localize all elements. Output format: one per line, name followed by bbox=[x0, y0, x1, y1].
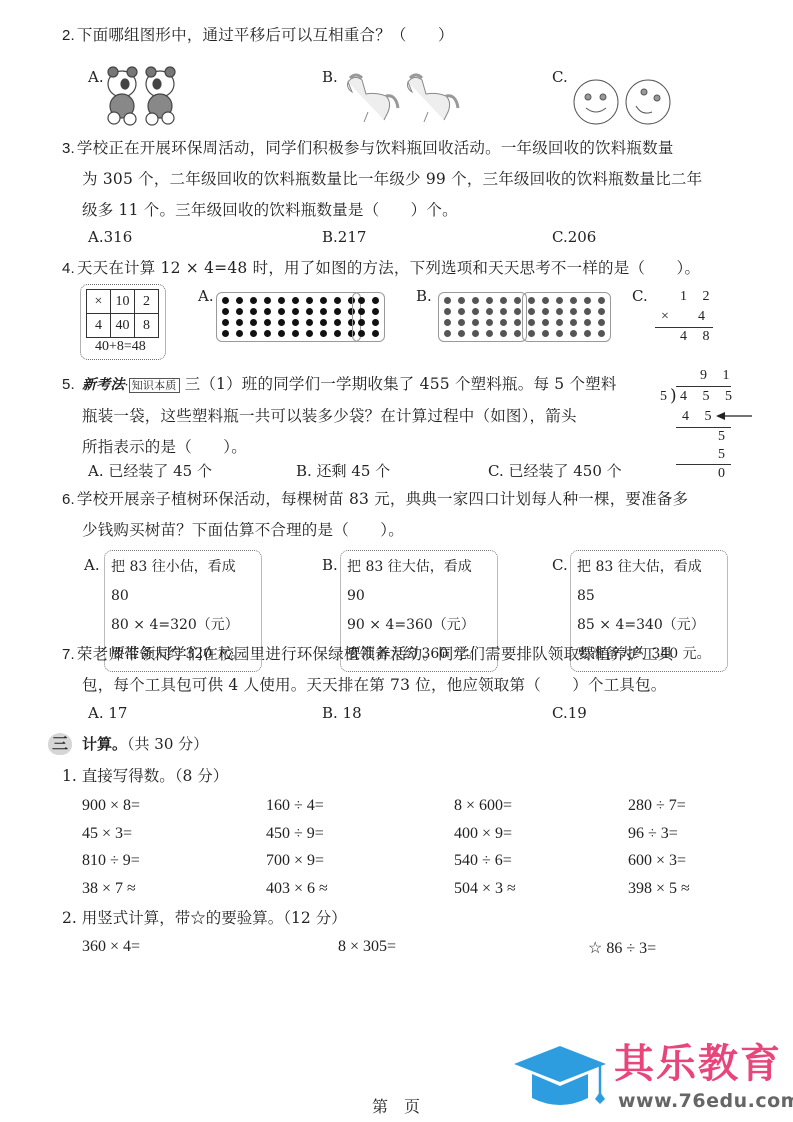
calc-row: 810 ÷ 9= 700 × 9= 540 ÷ 6= 600 × 3= bbox=[82, 852, 722, 880]
s3q1-title: 1. 直接写得数。（8 分） bbox=[62, 764, 228, 786]
question-6-line: 少钱购买树苗？下面估算不合理的是（ ）。 bbox=[62, 515, 753, 546]
calc-item: 810 ÷ 9= bbox=[82, 852, 140, 870]
dot bbox=[514, 308, 521, 315]
dot bbox=[334, 319, 341, 326]
calc-item: 450 ÷ 9= bbox=[266, 825, 324, 843]
dot bbox=[236, 330, 243, 337]
dot bbox=[358, 330, 365, 337]
s3q2-title: 2. 用竖式计算，带☆的要验算。（12 分） bbox=[62, 906, 347, 928]
estimate-line: 把 83 往小估，看成 80 bbox=[111, 553, 255, 611]
dot bbox=[306, 319, 313, 326]
calc-item: 403 × 6 ≈ bbox=[266, 880, 328, 898]
question-5-line: 所指表示的是（ ）。 bbox=[62, 432, 643, 463]
dot-array-2x4 bbox=[352, 292, 385, 342]
vertical-calc-row: 360 × 4= 8 × 305= ☆ 86 ÷ 3= bbox=[82, 938, 722, 966]
q5-option-a[interactable]: A. 已经装了 45 个 bbox=[88, 460, 212, 481]
dot bbox=[598, 297, 605, 304]
calc-item: 280 ÷ 7= bbox=[628, 797, 686, 815]
division-step1: 4 5 bbox=[682, 407, 718, 427]
dot bbox=[292, 297, 299, 304]
q6-option-b[interactable]: B. bbox=[322, 556, 338, 574]
dot bbox=[598, 319, 605, 326]
dot bbox=[486, 319, 493, 326]
dot bbox=[222, 330, 229, 337]
grid-cell: 10 bbox=[111, 290, 135, 314]
watermark-brand-name: 其乐教育 bbox=[614, 1042, 782, 1086]
dot bbox=[358, 297, 365, 304]
dot bbox=[528, 330, 535, 337]
dot bbox=[458, 330, 465, 337]
dot bbox=[334, 297, 341, 304]
dot bbox=[528, 319, 535, 326]
vertical-calc-item: 360 × 4= bbox=[82, 938, 140, 956]
vertical-calc-item-starred: ☆ 86 ÷ 3= bbox=[588, 938, 656, 958]
division-quotient: 9 1 bbox=[700, 366, 736, 386]
q4-multiplication-grid-box: × 10 2 4 40 8 40+8=48 bbox=[80, 284, 166, 360]
dot bbox=[528, 297, 535, 304]
q5-option-c[interactable]: C. 已经装了 450 个 bbox=[488, 460, 622, 481]
dot bbox=[500, 297, 507, 304]
question-5-line: 瓶装一袋，这些塑料瓶一共可以装多少袋？在计算过程中（如图），箭头 bbox=[62, 401, 643, 432]
question-6-line: 6.学校开展亲子植树环保活动，每棵树苗 83 元，典典一家四口计划每人种一棵，要… bbox=[62, 484, 753, 515]
dot bbox=[584, 319, 591, 326]
watermark-url: www.76edu.com bbox=[618, 1090, 793, 1112]
horses-image bbox=[340, 72, 470, 128]
calc-row: 45 × 3= 450 ÷ 9= 400 × 9= 96 ÷ 3= bbox=[82, 825, 722, 853]
dot bbox=[598, 308, 605, 315]
division-remainder: 0 bbox=[718, 464, 731, 484]
dot bbox=[264, 330, 271, 337]
dot bbox=[500, 308, 507, 315]
knowledge-essence-tag: 知识本质 bbox=[129, 378, 180, 393]
dot-array-10x4 bbox=[216, 292, 361, 342]
question-2-text: 下面哪组图形中，通过平移后可以互相重合？（ ） bbox=[77, 26, 454, 44]
q7-option-c[interactable]: C.19 bbox=[552, 704, 587, 722]
question-number: 6. bbox=[62, 491, 75, 508]
dot bbox=[570, 297, 577, 304]
dot bbox=[514, 297, 521, 304]
grid-cell: 4 bbox=[87, 314, 111, 338]
new-method-tag: 新考法 bbox=[82, 377, 125, 393]
dot bbox=[514, 330, 521, 337]
section-title: 计算。 bbox=[82, 735, 127, 753]
dot bbox=[542, 330, 549, 337]
calc-item: 540 ÷ 6= bbox=[454, 852, 512, 870]
dot bbox=[556, 330, 563, 337]
dot bbox=[264, 308, 271, 315]
q4-option-c[interactable]: C. bbox=[632, 287, 648, 305]
vertical-calc-item: 8 × 305= bbox=[338, 938, 396, 956]
calc-item: 38 × 7 ≈ bbox=[82, 880, 136, 898]
dot-array-6x4-left bbox=[438, 292, 527, 342]
q5-option-b[interactable]: B. 还剩 45 个 bbox=[296, 460, 390, 481]
calc-row: 900 × 8= 160 ÷ 4= 8 × 600= 280 ÷ 7= bbox=[82, 797, 722, 825]
q3-option-a[interactable]: A.316 bbox=[88, 228, 132, 246]
dot bbox=[264, 319, 271, 326]
dot bbox=[598, 330, 605, 337]
page-number-label: 第 页 bbox=[372, 1094, 420, 1117]
calc-item: 45 × 3= bbox=[82, 825, 132, 843]
dot bbox=[514, 319, 521, 326]
question-number: 7. bbox=[62, 646, 75, 663]
dot bbox=[320, 297, 327, 304]
dot bbox=[556, 319, 563, 326]
dot bbox=[250, 330, 257, 337]
dot bbox=[584, 330, 591, 337]
dot bbox=[458, 308, 465, 315]
dot bbox=[528, 308, 535, 315]
dot bbox=[444, 308, 451, 315]
question-4: 4.天天在计算 12 × 4=48 时，用了如图的方法，下列选项和天天思考不一样… bbox=[62, 253, 753, 284]
dot bbox=[458, 319, 465, 326]
q7-option-b[interactable]: B. 18 bbox=[322, 704, 362, 722]
dot bbox=[306, 330, 313, 337]
arrow-left-icon bbox=[716, 410, 754, 422]
estimate-line: 80 × 4=320（元） bbox=[111, 611, 255, 640]
dot bbox=[500, 319, 507, 326]
vertical-mult-top: 1 2 bbox=[680, 287, 716, 307]
calc-item: 504 × 3 ≈ bbox=[454, 880, 516, 898]
question-3-line: 3.学校正在开展环保周活动，同学们积极参与饮料瓶回收活动。一年级回收的饮料瓶数量 bbox=[62, 133, 753, 164]
dot bbox=[292, 319, 299, 326]
dot bbox=[486, 330, 493, 337]
dot bbox=[278, 308, 285, 315]
estimate-line: 把 83 往大估，看成 85 bbox=[577, 553, 721, 611]
dot bbox=[542, 319, 549, 326]
dot bbox=[320, 319, 327, 326]
q2-option-a[interactable]: A. bbox=[88, 68, 104, 86]
division-dividend: 4 5 5 bbox=[680, 387, 738, 407]
question-number: 3. bbox=[62, 140, 75, 157]
question-4-text: 天天在计算 12 × 4=48 时，用了如图的方法，下列选项和天天思考不一样的是… bbox=[77, 259, 700, 277]
question-5: 5. 新考法·知识本质 三（1）班的同学们一学期收集了 455 个塑料瓶。每 5… bbox=[62, 369, 643, 463]
q7-option-a[interactable]: A. 17 bbox=[88, 704, 127, 722]
calc-item: 398 × 5 ≈ bbox=[628, 880, 690, 898]
question-number: 2. bbox=[62, 27, 75, 44]
vertical-mult-result: 4 8 bbox=[680, 327, 716, 347]
option-label: C. bbox=[552, 68, 568, 86]
dot bbox=[250, 308, 257, 315]
option-label: B. bbox=[322, 68, 338, 86]
question-5-line: 三（1）班的同学们一学期收集了 455 个塑料瓶。每 5 个塑料 bbox=[185, 375, 617, 393]
dot bbox=[444, 330, 451, 337]
dot bbox=[472, 308, 479, 315]
dot bbox=[472, 297, 479, 304]
dot bbox=[264, 297, 271, 304]
q4-option-a[interactable]: A. bbox=[198, 287, 214, 305]
calc-item: 160 ÷ 4= bbox=[266, 797, 324, 815]
section-score: （共 30 分） bbox=[127, 735, 208, 753]
q6-option-a[interactable]: A. bbox=[84, 556, 100, 574]
dot bbox=[570, 330, 577, 337]
grid-cell: 8 bbox=[135, 314, 159, 338]
dot bbox=[444, 319, 451, 326]
dot bbox=[472, 319, 479, 326]
pandas-image bbox=[104, 64, 180, 126]
graduation-cap-icon bbox=[510, 1042, 610, 1108]
dot bbox=[306, 297, 313, 304]
dot bbox=[222, 297, 229, 304]
dot bbox=[556, 297, 563, 304]
calc-item: 900 × 8= bbox=[82, 797, 140, 815]
dot bbox=[236, 319, 243, 326]
question-6: 6.学校开展亲子植树环保活动，每棵树苗 83 元，典典一家四口计划每人种一棵，要… bbox=[62, 484, 753, 546]
calc-item: 8 × 600= bbox=[454, 797, 512, 815]
dot bbox=[358, 308, 365, 315]
dot bbox=[334, 330, 341, 337]
vertical-mult-sign: × bbox=[661, 307, 675, 327]
dot bbox=[306, 308, 313, 315]
dot bbox=[222, 308, 229, 315]
q4-option-b[interactable]: B. bbox=[416, 287, 432, 305]
dot bbox=[236, 308, 243, 315]
multiplication-grid: × 10 2 4 40 8 bbox=[86, 289, 159, 338]
grid-cell: 40 bbox=[111, 314, 135, 338]
dot bbox=[236, 297, 243, 304]
q3-option-b[interactable]: B.217 bbox=[322, 228, 366, 246]
dot bbox=[320, 330, 327, 337]
dot bbox=[278, 330, 285, 337]
smiley-faces-image bbox=[572, 78, 676, 126]
vertical-mult-num: 4 bbox=[698, 307, 711, 327]
dot bbox=[458, 297, 465, 304]
calc-item: 96 ÷ 3= bbox=[628, 825, 678, 843]
calc-row: 38 × 7 ≈ 403 × 6 ≈ 504 × 3 ≈ 398 × 5 ≈ bbox=[82, 880, 722, 908]
dot bbox=[542, 297, 549, 304]
estimate-line: 把 83 往大估，看成 90 bbox=[347, 553, 491, 611]
dot bbox=[292, 308, 299, 315]
dot bbox=[358, 319, 365, 326]
dot bbox=[542, 308, 549, 315]
dot bbox=[472, 330, 479, 337]
dot bbox=[556, 308, 563, 315]
dot bbox=[334, 308, 341, 315]
grid-sum: 40+8=48 bbox=[95, 339, 146, 355]
dot bbox=[584, 308, 591, 315]
q3-option-c[interactable]: C.206 bbox=[552, 228, 596, 246]
question-7: 7.荣老师带领同学们在校园里进行环保绿植领养活动。同学们需要排队领取绿植养护工具… bbox=[62, 639, 753, 701]
dot bbox=[486, 297, 493, 304]
q6-option-c[interactable]: C. bbox=[552, 556, 568, 574]
calc-item: 400 × 9= bbox=[454, 825, 512, 843]
division-step2: 5 bbox=[718, 427, 731, 447]
question-7-line: 包，每个工具包可供 4 人使用。天天排在第 73 位，他应领取第（ ）个工具包。 bbox=[62, 670, 753, 701]
question-7-line: 7.荣老师带领同学们在校园里进行环保绿植领养活动。同学们需要排队领取绿植养护工具 bbox=[62, 639, 753, 670]
section-number-badge: 三 bbox=[48, 733, 72, 755]
division-step3: 5 bbox=[718, 445, 731, 465]
dot bbox=[372, 319, 379, 326]
question-number: 4. bbox=[62, 260, 75, 277]
dot bbox=[372, 308, 379, 315]
question-2: 2.下面哪组图形中，通过平移后可以互相重合？（ ） bbox=[62, 20, 753, 51]
q2-option-b[interactable]: B. bbox=[322, 68, 338, 86]
dot bbox=[372, 330, 379, 337]
dot bbox=[278, 319, 285, 326]
division-bracket: ) bbox=[670, 386, 677, 406]
dot bbox=[278, 297, 285, 304]
dot bbox=[584, 297, 591, 304]
question-number: 5. bbox=[62, 376, 75, 393]
dot bbox=[444, 297, 451, 304]
dot bbox=[250, 297, 257, 304]
question-3-line: 级多 11 个。三年级回收的饮料瓶数量是（ ）个。 bbox=[62, 195, 753, 226]
dot bbox=[372, 297, 379, 304]
question-3-line: 为 305 个，二年级回收的饮料瓶数量比一年级少 99 个，三年级回收的饮料瓶数… bbox=[62, 164, 753, 195]
dot bbox=[222, 319, 229, 326]
estimate-line: 90 × 4=360（元） bbox=[347, 611, 491, 640]
calc-item: 600 × 3= bbox=[628, 852, 686, 870]
question-3: 3.学校正在开展环保周活动，同学们积极参与饮料瓶回收活动。一年级回收的饮料瓶数量… bbox=[62, 133, 753, 226]
dot bbox=[292, 330, 299, 337]
estimate-line: 85 × 4=340（元） bbox=[577, 611, 721, 640]
dot bbox=[486, 308, 493, 315]
section-3-heading: 计算。（共 30 分） bbox=[82, 733, 208, 755]
dot bbox=[570, 308, 577, 315]
q2-option-c[interactable]: C. bbox=[552, 68, 568, 86]
dot bbox=[500, 330, 507, 337]
option-label: A. bbox=[88, 68, 104, 86]
calc-item: 700 × 9= bbox=[266, 852, 324, 870]
dot-array-6x4-right bbox=[522, 292, 611, 342]
dot bbox=[570, 319, 577, 326]
dot bbox=[320, 308, 327, 315]
grid-cell: 2 bbox=[135, 290, 159, 314]
dot bbox=[250, 319, 257, 326]
grid-cell: × bbox=[87, 290, 111, 314]
